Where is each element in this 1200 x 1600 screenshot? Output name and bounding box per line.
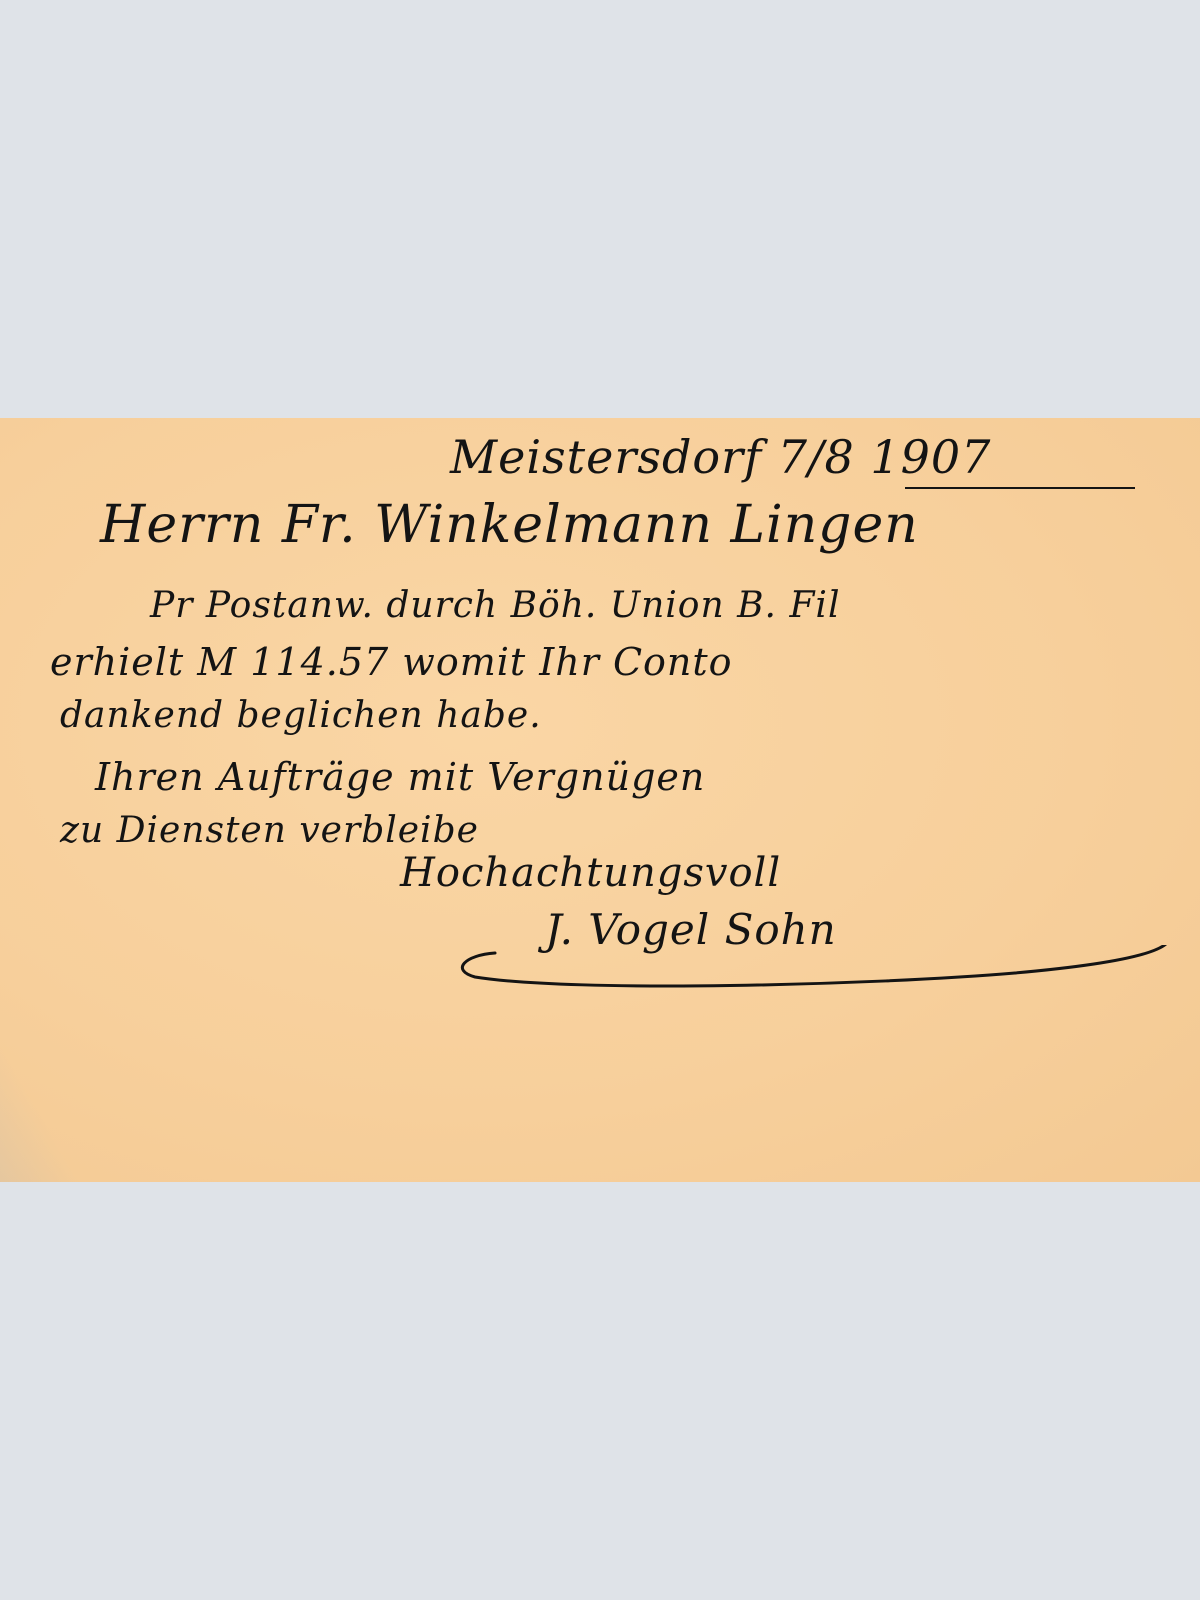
body-line: zu Diensten verbleibe: [60, 810, 479, 851]
closing: Hochachtungsvoll: [400, 850, 781, 896]
date-underline: [905, 487, 1135, 489]
signature-flourish-icon: [455, 945, 1175, 1005]
place-date: Meistersdorf 7/8 1907: [450, 430, 991, 484]
body-line: Pr Postanw. durch Böh. Union B. Fil: [150, 585, 840, 626]
recipient-address: Herrn Fr. Winkelmann Lingen: [100, 495, 919, 555]
body-line: Ihren Aufträge mit Vergnügen: [95, 755, 705, 799]
body-line: erhielt M 114.57 womit Ihr Conto: [50, 640, 733, 684]
body-line: dankend beglichen habe.: [60, 695, 542, 736]
